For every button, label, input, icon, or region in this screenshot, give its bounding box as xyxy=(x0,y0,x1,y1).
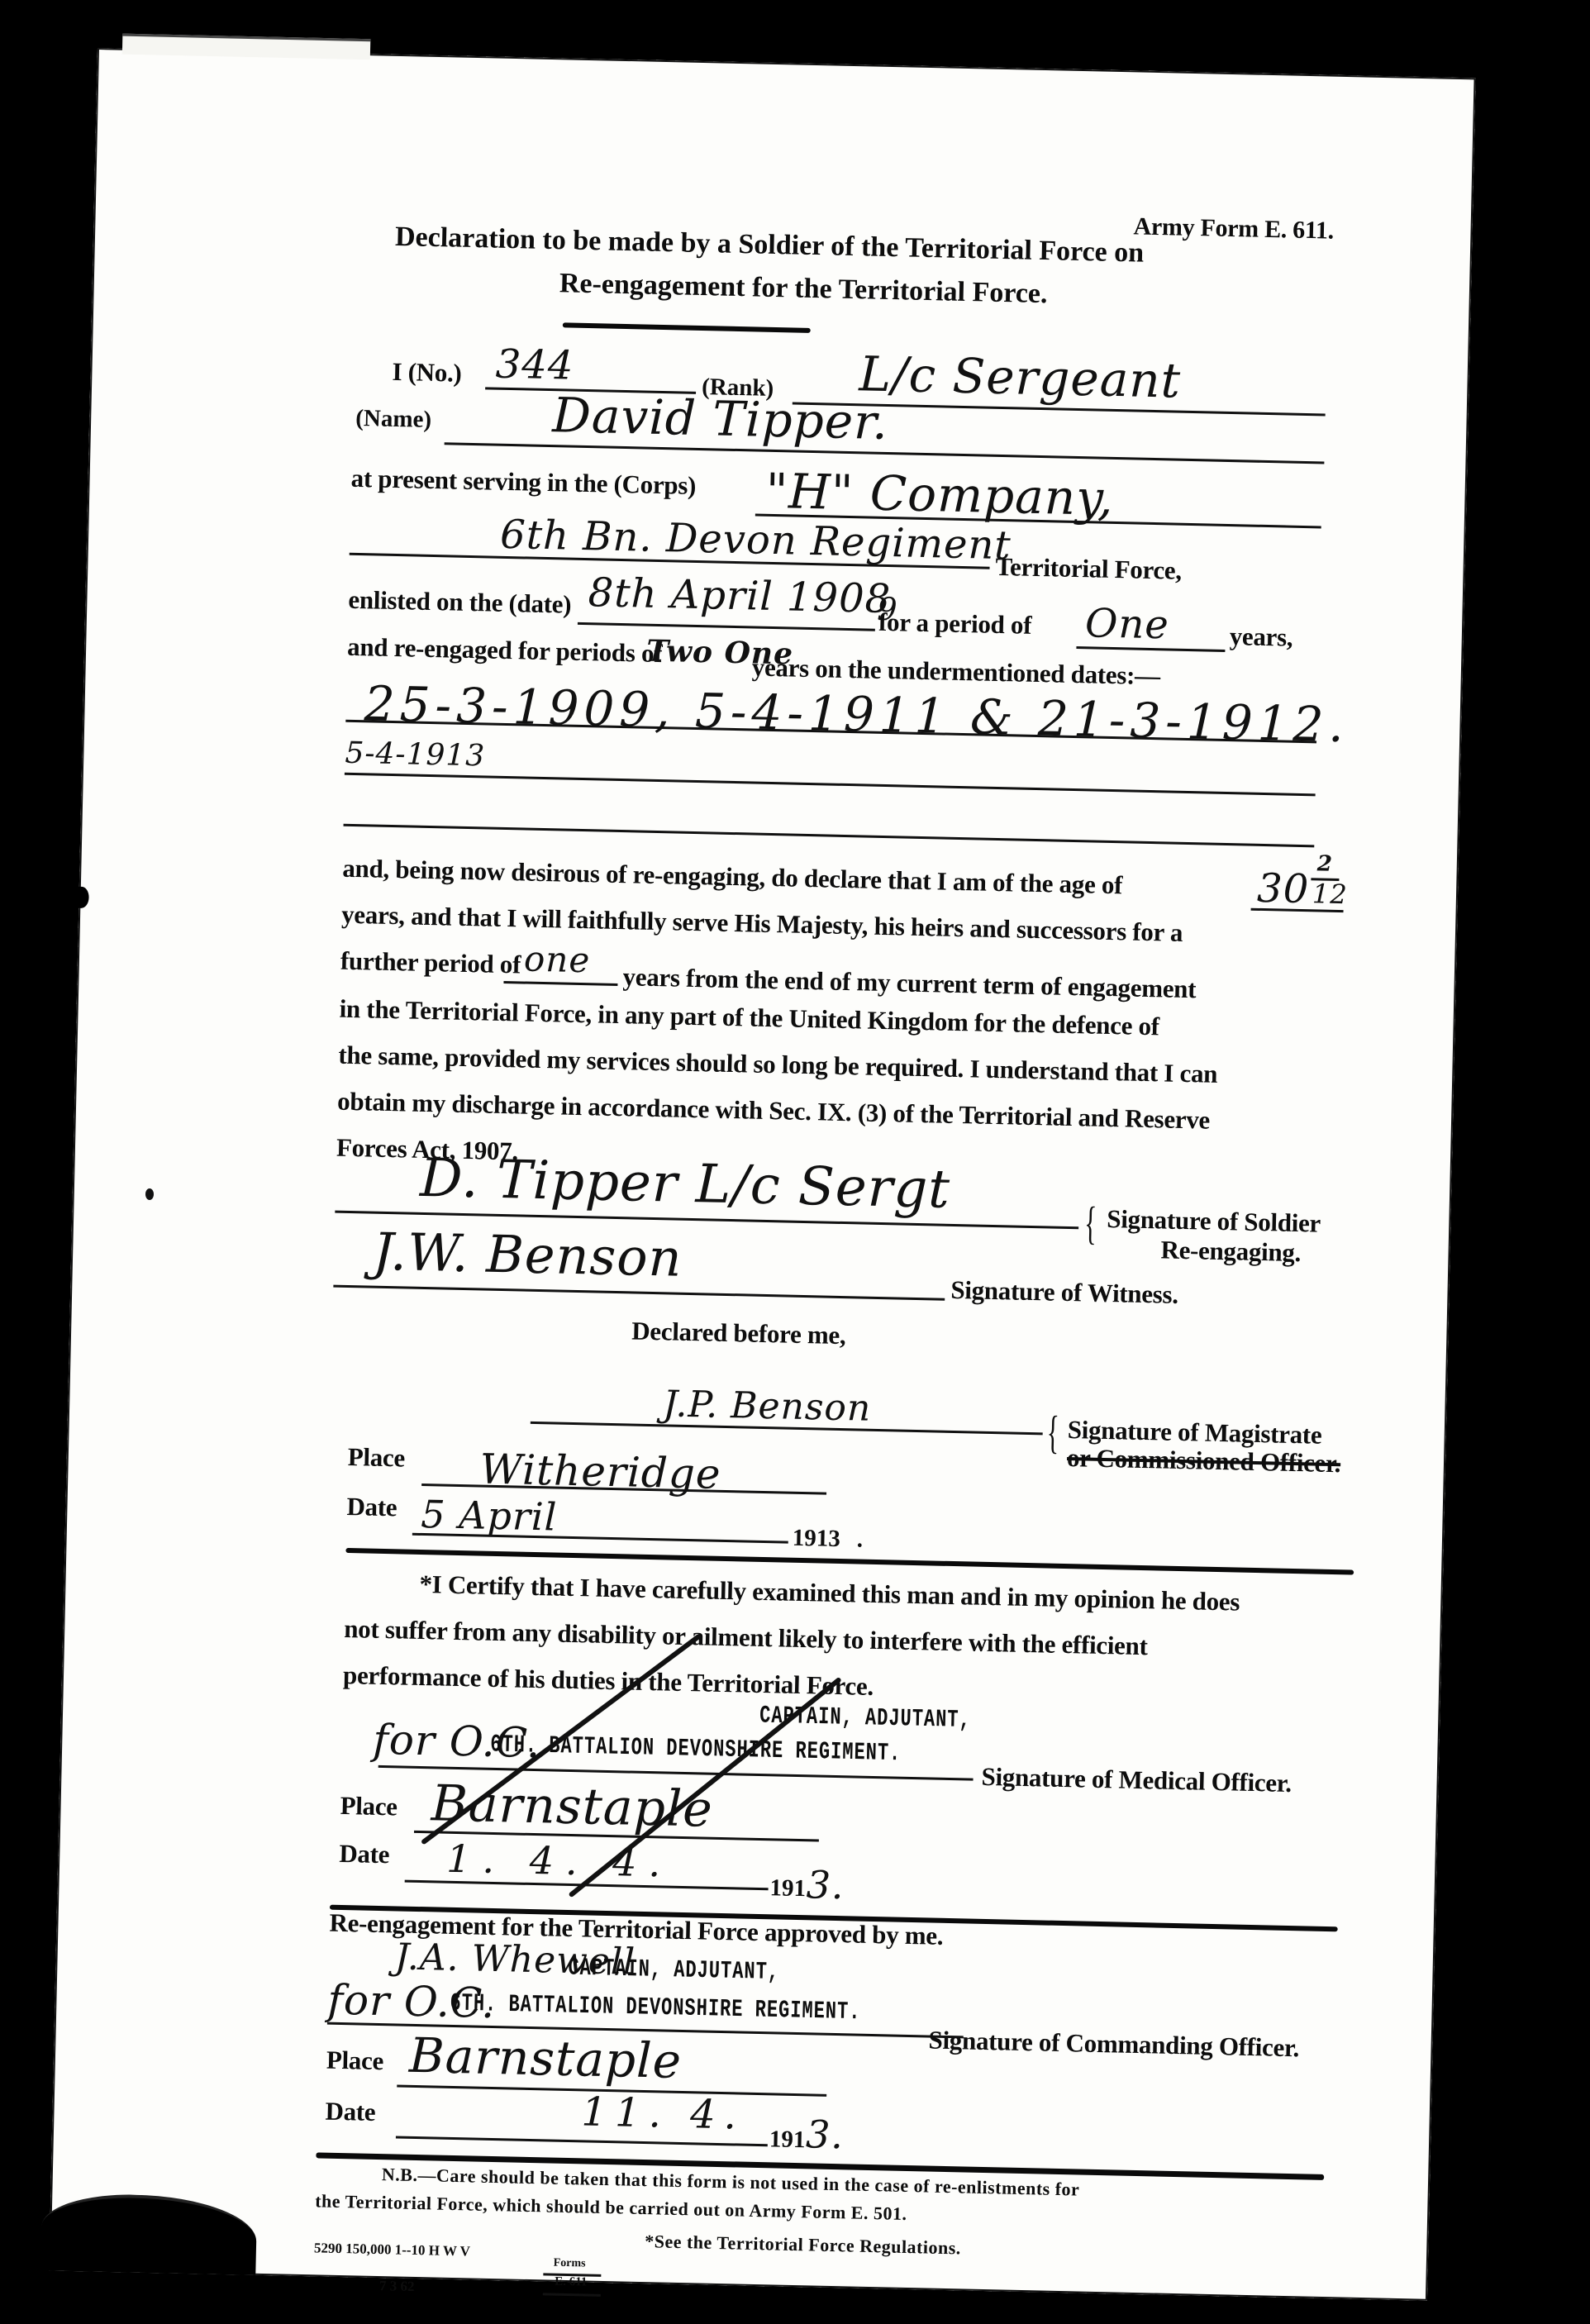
medical-year-hand: 3. xyxy=(806,1862,845,1907)
period-unit: years, xyxy=(1229,621,1292,653)
rank-value: L/c Sergeant xyxy=(859,345,1182,408)
commanding-officer-label: Signature of Commanding Officer. xyxy=(928,2026,1299,2064)
declared-before-label: Declared before me, xyxy=(631,1316,846,1350)
commanding-year-printed: 191 xyxy=(769,2126,806,2154)
name-label: (Name) xyxy=(355,405,431,434)
commanding-place-value: Barnstaple xyxy=(408,2027,682,2089)
enlisted-value: 8th April 1908 xyxy=(588,569,892,622)
medical-date-value: 1. 4. 4. xyxy=(446,1836,673,1886)
soldier-signature: D. Tipper L/c Sergt xyxy=(419,1148,950,1221)
medical-certify-line2: not suffer from any disability or ailmen… xyxy=(344,1614,1148,1661)
name-value: David Tipper. xyxy=(552,387,889,450)
medical-date-label: Date xyxy=(339,1839,390,1869)
medical-certify-line3: performance of his duties in the Territo… xyxy=(343,1660,874,1702)
no-value: 344 xyxy=(495,341,574,389)
form-number: Army Form E. 611. xyxy=(1133,212,1334,245)
footer-print-code: 5290 150,000 1--10 H W V xyxy=(314,2240,470,2260)
magistrate-date-value: 5 April xyxy=(421,1492,558,1540)
paper-tab xyxy=(122,34,370,60)
magistrate-label-line2: or Commissioned Officer. xyxy=(1067,1443,1341,1479)
magistrate-signature: J.P. Benson xyxy=(663,1383,872,1429)
title-underline xyxy=(563,322,811,333)
period-value: One xyxy=(1084,600,1169,648)
reengaged-dates-line2: 5-4-1913 xyxy=(345,736,486,774)
magistrate-brace: { xyxy=(1046,1409,1059,1455)
magistrate-date-line xyxy=(412,1533,788,1544)
paper-curl-bottom-left xyxy=(40,2193,257,2275)
declaration-line2: years, and that I will faithfully serve … xyxy=(341,900,1183,948)
footer-print-code-line2: 7 3 62 xyxy=(379,2278,415,2295)
commanding-place-label: Place xyxy=(326,2045,384,2076)
declaration-line3-post: years from the end of my current term of… xyxy=(622,962,1196,1004)
medical-year-printed: 191 xyxy=(769,1874,806,1903)
footer-forms-label: Forms xyxy=(553,2257,585,2271)
period-label: for a period of xyxy=(878,607,1032,641)
dates-line3 xyxy=(344,824,1315,848)
witness-signature: J.W. Benson xyxy=(373,1222,683,1288)
period-line xyxy=(1076,646,1225,652)
medical-place-value: Barnstaple xyxy=(431,1774,713,1838)
magistrate-place-label: Place xyxy=(347,1442,405,1473)
medical-place-label: Place xyxy=(340,1791,397,1822)
medical-certify-line1: *I Certify that I have carefully examine… xyxy=(419,1569,1240,1617)
footer-forms-number: E. 611 xyxy=(555,2275,588,2290)
reengaged-dates-line1: 25-3-1909, 5-4-1911 & 21-3-1912. xyxy=(364,675,1350,753)
age-fraction-denominator: 12 xyxy=(1312,878,1349,910)
commanding-stamp-line2: 6TH. BATTALION DEVONSHIRE REGIMENT. xyxy=(450,1989,861,2026)
declaration-line4: in the Territorial Force, in any part of… xyxy=(339,994,1159,1042)
soldier-signature-label-line1: Signature of Soldier xyxy=(1107,1204,1321,1239)
further-period-value: one xyxy=(524,939,591,981)
corps-label: at present serving in the (Corps) xyxy=(350,464,696,501)
dates-line2 xyxy=(345,773,1316,797)
territorial-force-label: Territorial Force, xyxy=(995,552,1182,586)
medical-officer-label: Signature of Medical Officer. xyxy=(981,1762,1292,1798)
form-title-line2: Re-engagement for the Territorial Force. xyxy=(559,268,1047,310)
footer-footnote: *See the Territorial Force Regulations. xyxy=(645,2231,961,2259)
magistrate-year: 1913 xyxy=(793,1525,841,1553)
witness-label: Signature of Witness. xyxy=(950,1275,1178,1310)
soldier-brace: { xyxy=(1084,1200,1097,1246)
enlisted-line xyxy=(578,622,875,631)
soldier-signature-label-line2: Re-engaging. xyxy=(1160,1235,1301,1268)
magistrate-year-suffix: . xyxy=(856,1526,863,1553)
commanding-date-label: Date xyxy=(325,2097,376,2127)
further-period-line xyxy=(503,981,617,986)
footer-nb-line2: the Territorial Force, which should be c… xyxy=(315,2190,907,2225)
age-fraction-numerator: 2 xyxy=(1316,851,1333,876)
reengaged-label: and re-engaged for periods of xyxy=(347,632,663,669)
commanding-date-value: 11. 4. xyxy=(581,2088,745,2138)
no-label: I (No.) xyxy=(392,357,462,388)
form-title-line1: Declaration to be made by a Soldier of t… xyxy=(395,221,1145,269)
declaration-line3: further period of xyxy=(340,946,521,980)
footer-forms-rule-bottom xyxy=(543,2293,601,2297)
ink-speck xyxy=(145,1188,154,1200)
punch-hole xyxy=(74,887,89,908)
declaration-line1: and, being now desirous of re-engaging, … xyxy=(342,854,1123,901)
commanding-stamp-line1: CAPTAIN, ADJUTANT, xyxy=(568,1954,779,1986)
declaration-line5: the same, provided my services should so… xyxy=(338,1041,1218,1089)
magistrate-date-label: Date xyxy=(346,1492,397,1522)
commanding-year-hand: 3. xyxy=(806,2112,845,2157)
declaration-line6: obtain my discharge in accordance with S… xyxy=(337,1087,1211,1136)
enlisted-label: enlisted on the (date) xyxy=(348,585,572,620)
age-value: 30 xyxy=(1257,865,1310,912)
form-paper: Army Form E. 611. Declaration to be made… xyxy=(49,48,1475,2301)
